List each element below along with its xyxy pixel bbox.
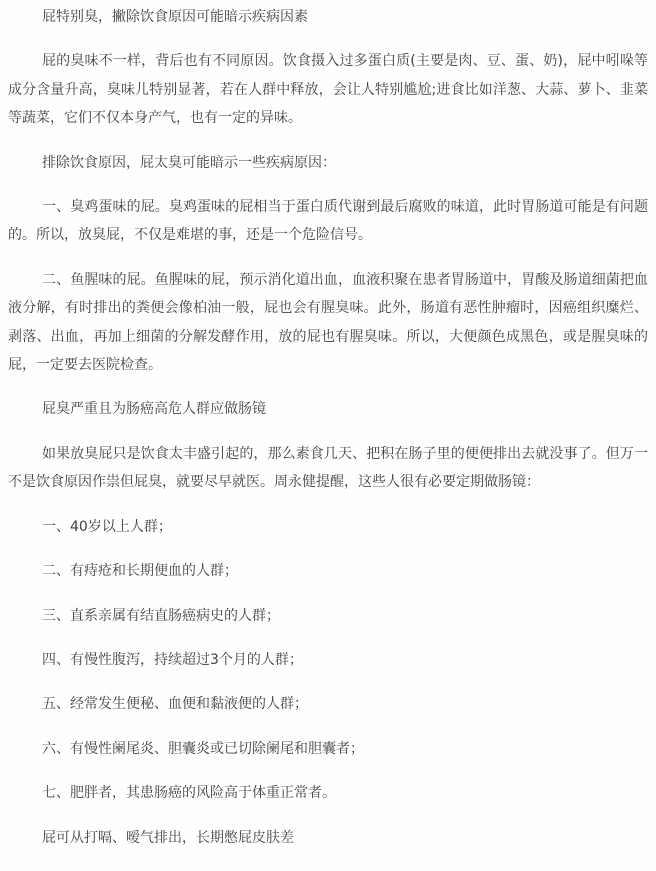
paragraph-smell-causes: 屁的臭味不一样，背后也有不同原因。饮食摄入过多蛋白质(主要是肉、豆、蛋、奶)，屁… bbox=[8, 47, 648, 132]
paragraph-disease-intro: 排除饮食原因，屁太臭可能暗示一些疾病原因： bbox=[8, 149, 648, 177]
list-item-hemorrhoids: 二、有痔疮和长期便血的人群； bbox=[8, 557, 648, 585]
list-item-constipation: 五、经常发生便秘、血便和黏液便的人群； bbox=[8, 690, 648, 718]
list-item-obesity: 七、肥胖者，其患肠癌的风险高于体重正常者。 bbox=[8, 779, 648, 807]
article-body: 屁特别臭，撇除饮食原因可能暗示疾病因素 屁的臭味不一样，背后也有不同原因。饮食摄… bbox=[0, 0, 656, 868]
list-item-family-history: 三、直系亲属有结直肠癌病史的人群； bbox=[8, 602, 648, 630]
paragraph-fishy-smell: 二、鱼腥味的屁。鱼腥味的屁，预示消化道出血，血液积聚在患者胃肠道中，胃酸及肠道细… bbox=[8, 266, 648, 380]
list-item-age-over-40: 一、40岁以上人群； bbox=[8, 513, 648, 541]
paragraph-colonoscopy-advice: 如果放臭屁只是饮食太丰盛引起的，那么素食几天、把积在肠子里的便便排出去就没事了。… bbox=[8, 440, 648, 497]
paragraph-rotten-egg-smell: 一、臭鸡蛋味的屁。臭鸡蛋味的屁相当于蛋白质代谢到最后腐败的味道，此时胃肠道可能是… bbox=[8, 193, 648, 250]
list-item-chronic-diarrhea: 四、有慢性腹泻，持续超过3个月的人群； bbox=[8, 646, 648, 674]
list-item-appendicitis: 六、有慢性阑尾炎、胆囊炎或已切除阑尾和胆囊者； bbox=[8, 735, 648, 763]
article-title: 屁特别臭，撇除饮食原因可能暗示疾病因素 bbox=[8, 3, 648, 31]
section-heading-holding-gas: 屁可从打嗝、嗳气排出，长期憋屁皮肤差 bbox=[8, 824, 648, 852]
section-heading-colonoscopy: 屁臭严重且为肠癌高危人群应做肠镜 bbox=[8, 395, 648, 423]
